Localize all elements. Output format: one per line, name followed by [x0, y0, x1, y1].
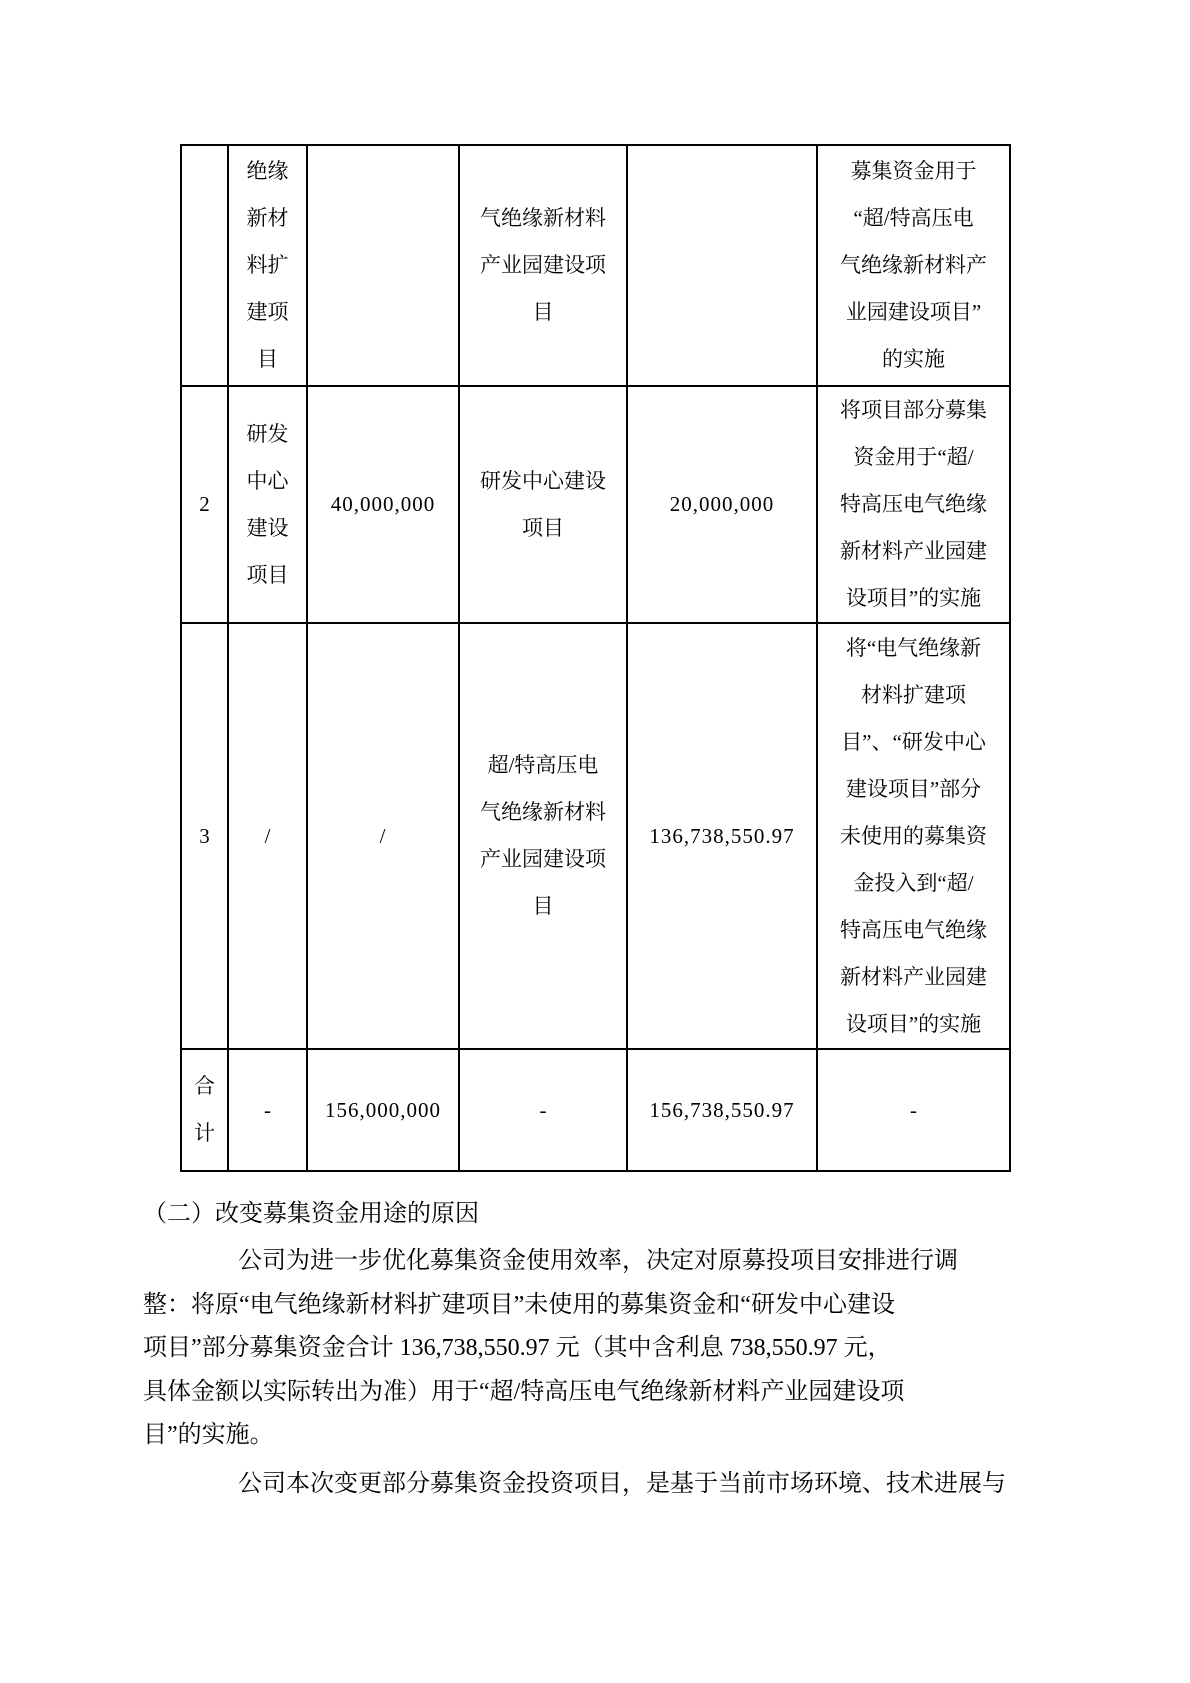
cell-row2-new-project: 研发中心建设 项目: [459, 386, 627, 623]
cell-row3-new-project: 超/特高压电 气绝缘新材料 产业园建设项 目: [459, 623, 627, 1049]
cell-total-old-amount: 156,000,000: [307, 1049, 459, 1171]
cell-row3-old-project: /: [228, 623, 307, 1049]
cell-row3-new-amount: 136,738,550.97: [627, 623, 817, 1049]
cell-row1-old-amount: [307, 145, 459, 386]
cell-total-new-project: -: [459, 1049, 627, 1171]
cell-row2-old-project: 研发 中心 建设 项目: [228, 386, 307, 623]
cell-row1-old-project: 绝缘 新材 料扩 建项 目: [228, 145, 307, 386]
reason-section: （二）改变募集资金用途的原因 公司为进一步优化募集资金使用效率，决定对原募投项目…: [143, 1192, 1048, 1511]
cell-row2-note: 将项目部分募集 资金用于“超/ 特高压电气绝缘 新材料产业园建 设项目”的实施: [817, 386, 1010, 623]
paragraph-2: 公司本次变更部分募集资金投资项目，是基于当前市场环境、技术进展与: [143, 1463, 1048, 1507]
cell-row3-num: 3: [181, 623, 228, 1049]
paragraph-1: 公司为进一步优化募集资金使用效率，决定对原募投项目安排进行调 整：将原“电气绝缘…: [143, 1240, 1048, 1458]
cell-row2-num: 2: [181, 386, 228, 623]
table-row-2: 2 研发 中心 建设 项目 40,000,000 研发中心建设 项目 20,00…: [181, 386, 1010, 623]
cell-row3-note: 将“电气绝缘新 材料扩建项 目”、“研发中心 建设项目”部分 未使用的募集资 金…: [817, 623, 1010, 1049]
cell-row2-old-amount: 40,000,000: [307, 386, 459, 623]
cell-row1-note: 募集资金用于 “超/特高压电 气绝缘新材料产 业园建设项目” 的实施: [817, 145, 1010, 386]
cell-total-note: -: [817, 1049, 1010, 1171]
cell-row1-new-project: 气绝缘新材料 产业园建设项 目: [459, 145, 627, 386]
cell-row3-old-amount: /: [307, 623, 459, 1049]
cell-row2-new-amount: 20,000,000: [627, 386, 817, 623]
cell-row1-num: [181, 145, 228, 386]
fund-change-table: 绝缘 新材 料扩 建项 目 气绝缘新材料 产业园建设项 目 募集资金用于 “超/…: [180, 144, 1011, 1172]
document-page: 绝缘 新材 料扩 建项 目 气绝缘新材料 产业园建设项 目 募集资金用于 “超/…: [0, 0, 1190, 1683]
cell-total-label: 合 计: [181, 1049, 228, 1171]
section-heading: （二）改变募集资金用途的原因: [143, 1192, 1048, 1236]
cell-total-new-amount: 156,738,550.97: [627, 1049, 817, 1171]
cell-row1-new-amount: [627, 145, 817, 386]
cell-total-old-project: -: [228, 1049, 307, 1171]
table-row-total: 合 计 - 156,000,000 - 156,738,550.97 -: [181, 1049, 1010, 1171]
table-row-continued: 绝缘 新材 料扩 建项 目 气绝缘新材料 产业园建设项 目 募集资金用于 “超/…: [181, 145, 1010, 386]
table-row-3: 3 / / 超/特高压电 气绝缘新材料 产业园建设项 目 136,738,550…: [181, 623, 1010, 1049]
